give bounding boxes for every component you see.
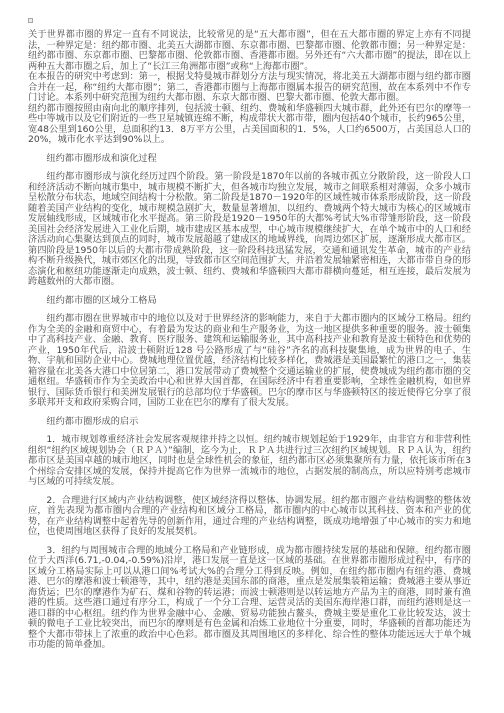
- paragraph-lesson-1-planning: 1．城市规划尊重经济社会发展客观规律并持之以恒。纽约城市规划起始于1929年，由…: [28, 435, 471, 488]
- paragraph-lesson-2-industry: 2．合理进行区域内产业结构调整，使区域经济得以整体、协调发展。纽约都市圈产业结构…: [28, 496, 471, 538]
- section-heading-division: 纽约都市圈的区域分工格局: [28, 296, 471, 307]
- paragraph-report-scope: 在本报告的研究中考虑到：第一，根据戈特曼城市群划分方法与现实情况，将北美五大湖都…: [28, 72, 471, 104]
- paragraph-ny-overview: 纽约都市圈按照由南向北的顺序排列，包括波士顿、纽约、费城和华盛顿四大城市群，此外…: [28, 104, 471, 146]
- paragraph-evolution-stages: 纽约都市圈形成与演化经历过四个阶段。第一阶段是1870年以前的各城市孤立分散阶段…: [28, 172, 471, 288]
- article-page: 关于世界都市圈的界定一直有不同说法，比较常见的是“五大都市圈”，但在五大都市圈的…: [28, 18, 471, 651]
- article-body: 关于世界都市圈的界定一直有不同说法，比较常见的是“五大都市圈”，但在五大都市圈的…: [28, 30, 471, 651]
- section-heading-evolution: 纽约都市圈形成和演化过程: [28, 154, 471, 165]
- section-heading-lessons: 纽约都市圈形成的启示: [28, 417, 471, 428]
- paragraph-lesson-3-ports: 3．纽约与周围城市合理的地域分工格局和产业链形成，成为都市圈持续发展的基础和保障…: [28, 546, 471, 651]
- paragraph-division-of-labor: 纽约都市圈在世界城市中的地位以及对于世界经济的影响能力，来自于大都市圈内的区域分…: [28, 314, 471, 409]
- broken-image-placeholder-icon: [28, 18, 33, 23]
- paragraph-definitions: 关于世界都市圈的界定一直有不同说法，比较常见的是“五大都市圈”，但在五大都市圈的…: [28, 30, 471, 72]
